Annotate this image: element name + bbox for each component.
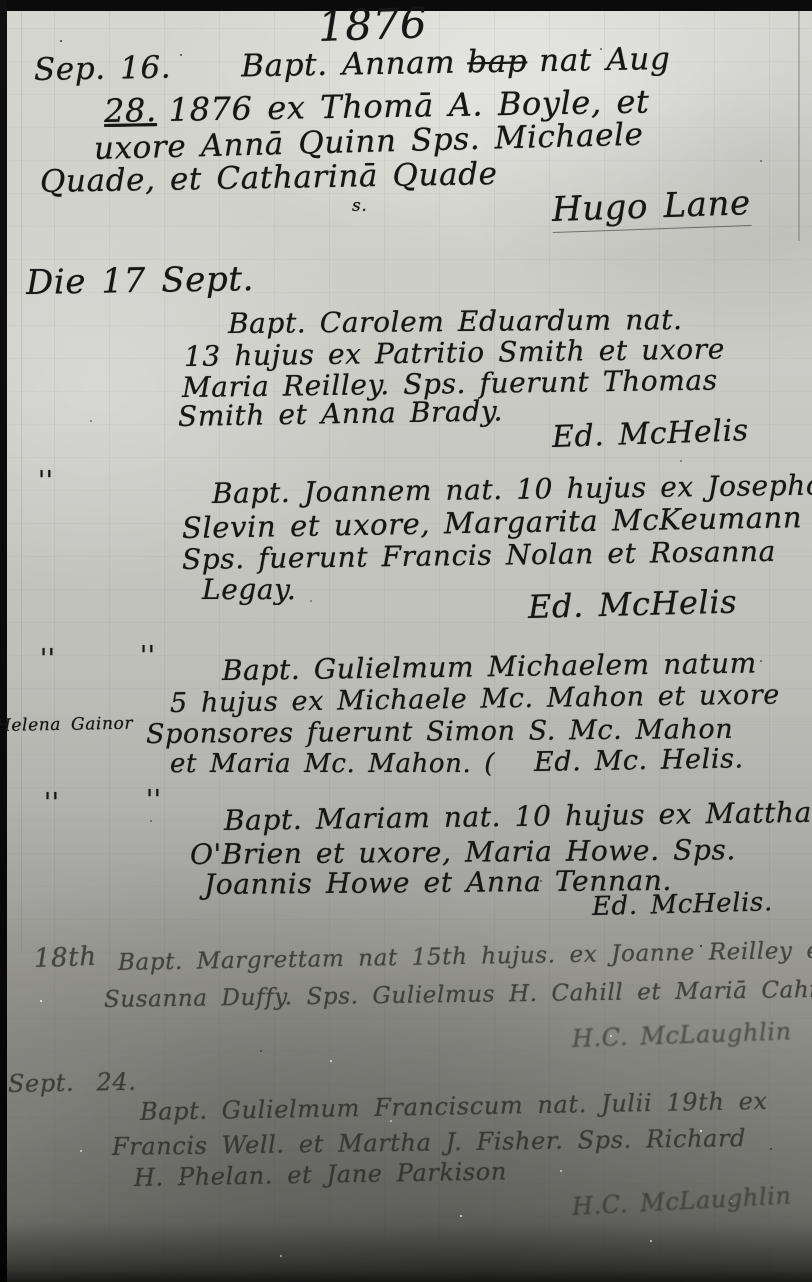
entry-gulielmum-line4: et Maria Mc. Mahon. ( xyxy=(170,749,495,779)
entry-18th-date: 18th xyxy=(33,942,97,974)
entry-sep16-day-underlined: 28. xyxy=(104,91,157,130)
entry-sep16-struck-word: bap xyxy=(467,43,528,80)
entry-sep16-line1-pre: Bapt. Annam xyxy=(241,45,456,85)
entry-sept24-line1: Bapt. Gulielmum Franciscum nat. Julii 19… xyxy=(140,1087,768,1126)
section-heading-die17: Die 17 Sept. xyxy=(26,259,255,303)
entry-mariam-ditto1: '' xyxy=(44,788,60,818)
entry-sep16-date: Sep. 16. xyxy=(34,50,172,88)
entry-gulielmum-ditto2: '' xyxy=(140,641,156,671)
entry-sep16-line1-post: nat Aug xyxy=(539,41,671,79)
entry-gulielmum-margin-note: Helena Gainor xyxy=(0,714,133,736)
scan-border-left xyxy=(0,0,7,1282)
scanned-register-page: 1876 Sep. 16.Bapt. Annambapnat Aug 28.18… xyxy=(0,0,812,1282)
entry-gulielmum-ditto1: '' xyxy=(40,644,56,674)
spacer xyxy=(171,76,241,77)
signature-mclaughlin-1: H.C. McLaughlin xyxy=(572,1017,793,1053)
signature-ed-mchelis-2: Ed. McHelis xyxy=(528,583,738,626)
entry-18th-line2: Susanna Duffy. Sps. Gulielmus H. Cahill … xyxy=(104,977,812,1013)
entry-sept24-line3: H. Phelan. et Jane Parkison xyxy=(134,1157,507,1192)
signature-ed-mchelis-3: Ed. Mc. Helis. xyxy=(534,743,744,778)
page-right-edge xyxy=(798,11,800,241)
entry-sept24-line2: Francis Well. et Martha J. Fisher. Sps. … xyxy=(112,1124,746,1161)
dust-specks-white xyxy=(40,1000,42,1002)
signature-ed-mchelis-1: Ed. McHelis xyxy=(551,413,749,455)
entry-mariam-line1: Bapt. Mariam nat. 10 hujus ex Matthaeo xyxy=(224,795,812,837)
entry-mariam-ditto2: '' xyxy=(146,785,162,815)
entry-joannem-ditto: '' xyxy=(38,466,54,496)
entry-sep16-line4: Quade, et Catharinā Quade xyxy=(40,156,498,200)
year-heading: 1876 xyxy=(317,0,428,51)
entry-carolem-line4: Smith et Anna Brady. xyxy=(178,394,504,433)
signature-ed-mchelis-4: Ed. McHelis. xyxy=(592,887,774,922)
dust-specks-dark xyxy=(60,40,62,42)
margin-rule-line xyxy=(21,11,22,951)
entry-sep16-insert-mark: s. xyxy=(352,196,367,216)
entry-18th-line1: Bapt. Margrettam nat 15th hujus. ex Joan… xyxy=(118,938,812,976)
entry-sept24-date: Sept. 24. xyxy=(8,1068,137,1098)
entry-joannem-line4: Legay. xyxy=(202,573,296,606)
entry-sep16-line1: Sep. 16.Bapt. Annambapnat Aug xyxy=(34,41,671,88)
signature-hugo-lane: Hugo Lane xyxy=(551,183,751,233)
entry-joannem-line3: Sps. fuerunt Francis Nolan et Rosanna xyxy=(182,535,776,576)
scan-vignette-bottom xyxy=(0,1222,812,1282)
signature-mclaughlin-2: H.C. McLaughlin xyxy=(571,1182,792,1221)
